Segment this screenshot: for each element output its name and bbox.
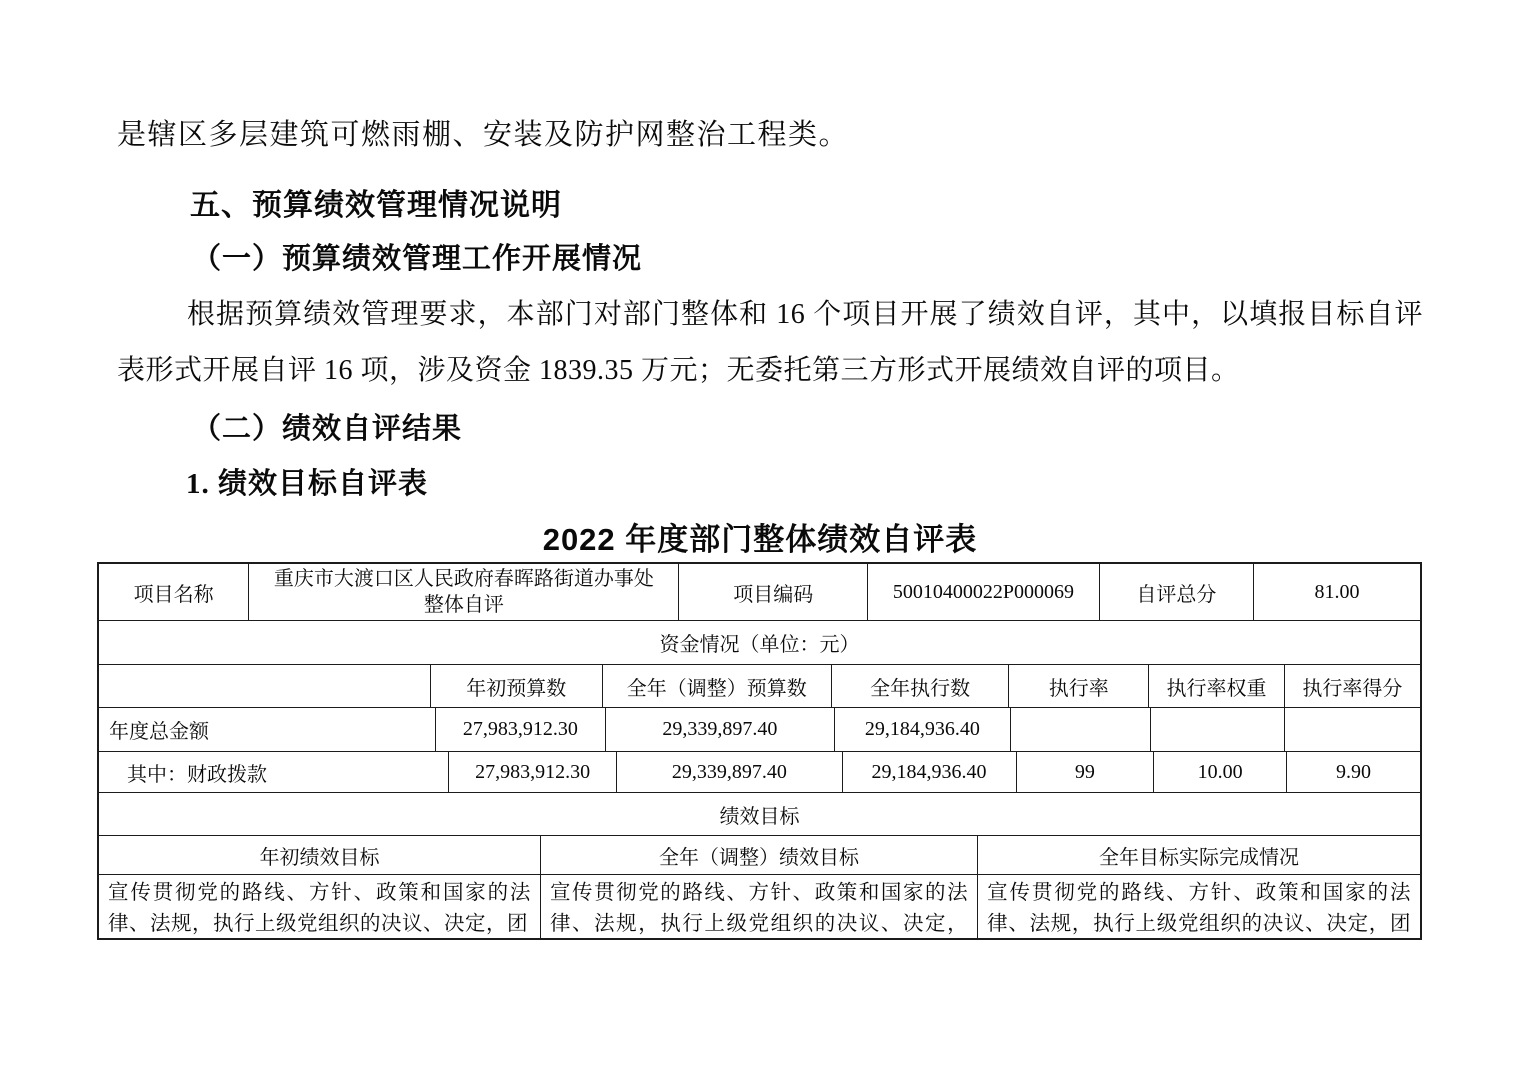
project-code-label-cell: 项目编码 bbox=[678, 564, 867, 620]
goals-section-title-cell: 绩效目标 bbox=[99, 793, 1420, 835]
subsection-heading-2: （二）绩效自评结果 bbox=[192, 406, 462, 447]
table-row-goals-header: 年初绩效目标 全年（调整）绩效目标 全年目标实际完成情况 bbox=[99, 835, 1420, 874]
subsection-heading-3: 1. 绩效目标自评表 bbox=[186, 461, 428, 502]
goal-actual-cell: 宣传贯彻党的路线、方针、政策和国家的法律、法规，执行上级党组织的决议、决定，团结… bbox=[977, 875, 1420, 938]
fiscal-rate-cell: 99 bbox=[1016, 752, 1154, 792]
fiscal-adjusted-cell: 29,339,897.40 bbox=[616, 752, 841, 792]
goal-initial-cell: 宣传贯彻党的路线、方针、政策和国家的法律、法规，执行上级党组织的决议、决定，团 bbox=[99, 875, 540, 938]
self-score-label-cell: 自评总分 bbox=[1099, 564, 1253, 620]
self-score-value-cell: 81.00 bbox=[1253, 564, 1420, 620]
annual-total-initial-cell: 27,983,912.30 bbox=[435, 708, 606, 751]
fiscal-executed-cell: 29,184,936.40 bbox=[842, 752, 1016, 792]
funds-header-rate-weight: 执行率权重 bbox=[1148, 665, 1283, 707]
table-row-goals-section: 绩效目标 bbox=[99, 792, 1420, 835]
table-row-funds-header: 年初预算数 全年（调整）预算数 全年执行数 执行率 执行率权重 执行率得分 bbox=[99, 664, 1420, 707]
table-title: 2022 年度部门整体绩效自评表 bbox=[0, 514, 1520, 559]
table-row-funds-section: 资金情况（单位：元） bbox=[99, 620, 1420, 664]
annual-total-rate-weight-cell bbox=[1150, 708, 1285, 751]
table-row-annual-total: 年度总金额 27,983,912.30 29,339,897.40 29,184… bbox=[99, 707, 1420, 751]
annual-total-rate-score-cell bbox=[1284, 708, 1420, 751]
funds-section-title-cell: 资金情况（单位：元） bbox=[99, 621, 1420, 664]
fiscal-rate-weight-cell: 10.00 bbox=[1153, 752, 1286, 792]
goal-actual-text: 宣传贯彻党的路线、方针、政策和国家的法律、法规，执行上级党组织的决议、决定，团结… bbox=[987, 878, 1411, 938]
project-name-value-cell: 重庆市大渡口区人民政府春晖路街道办事处整体自评 bbox=[248, 564, 678, 620]
fiscal-initial-cell: 27,983,912.30 bbox=[448, 752, 616, 792]
funds-header-rate-score: 执行率得分 bbox=[1284, 665, 1420, 707]
goals-header-initial: 年初绩效目标 bbox=[99, 836, 540, 874]
body-paragraph: 根据预算绩效管理要求，本部门对部门整体和 16 个项目开展了绩效自评，其中，以填… bbox=[117, 287, 1423, 399]
section-heading: 五、预算绩效管理情况说明 bbox=[190, 180, 562, 224]
project-name-label-cell: 项目名称 bbox=[99, 564, 248, 620]
funds-header-executed: 全年执行数 bbox=[831, 665, 1008, 707]
fiscal-label-cell: 其中：财政拨款 bbox=[99, 752, 448, 792]
intro-text: 是辖区多层建筑可燃雨棚、安装及防护网整治工程类。 bbox=[117, 112, 1427, 153]
goals-header-adjusted: 全年（调整）绩效目标 bbox=[540, 836, 977, 874]
table-row-fiscal-appropriation: 其中：财政拨款 27,983,912.30 29,339,897.40 29,1… bbox=[99, 751, 1420, 792]
fiscal-rate-score-cell: 9.90 bbox=[1286, 752, 1420, 792]
annual-total-label-cell: 年度总金额 bbox=[99, 708, 435, 751]
project-code-value-cell: 50010400022P000069 bbox=[867, 564, 1099, 620]
self-evaluation-table: 项目名称 重庆市大渡口区人民政府春晖路街道办事处整体自评 项目编码 500104… bbox=[97, 562, 1422, 940]
annual-total-executed-cell: 29,184,936.40 bbox=[834, 708, 1010, 751]
annual-total-rate-cell bbox=[1010, 708, 1150, 751]
goals-header-actual: 全年目标实际完成情况 bbox=[977, 836, 1420, 874]
goal-adjusted-text: 宣传贯彻党的路线、方针、政策和国家的法律、法规，执行上级党组织的决议、决定，团 bbox=[550, 878, 968, 938]
table-row-project: 项目名称 重庆市大渡口区人民政府春晖路街道办事处整体自评 项目编码 500104… bbox=[99, 564, 1420, 620]
funds-header-empty-cell bbox=[99, 665, 430, 707]
goal-initial-text: 宣传贯彻党的路线、方针、政策和国家的法律、法规，执行上级党组织的决议、决定，团 bbox=[108, 878, 531, 938]
subsection-heading-1: （一）预算绩效管理工作开展情况 bbox=[192, 236, 642, 277]
annual-total-adjusted-cell: 29,339,897.40 bbox=[605, 708, 833, 751]
table-row-goals-content: 宣传贯彻党的路线、方针、政策和国家的法律、法规，执行上级党组织的决议、决定，团 … bbox=[99, 874, 1420, 938]
funds-header-rate: 执行率 bbox=[1008, 665, 1148, 707]
goal-adjusted-cell: 宣传贯彻党的路线、方针、政策和国家的法律、法规，执行上级党组织的决议、决定，团 bbox=[540, 875, 977, 938]
funds-header-adjusted-budget: 全年（调整）预算数 bbox=[602, 665, 831, 707]
funds-header-initial-budget: 年初预算数 bbox=[430, 665, 601, 707]
